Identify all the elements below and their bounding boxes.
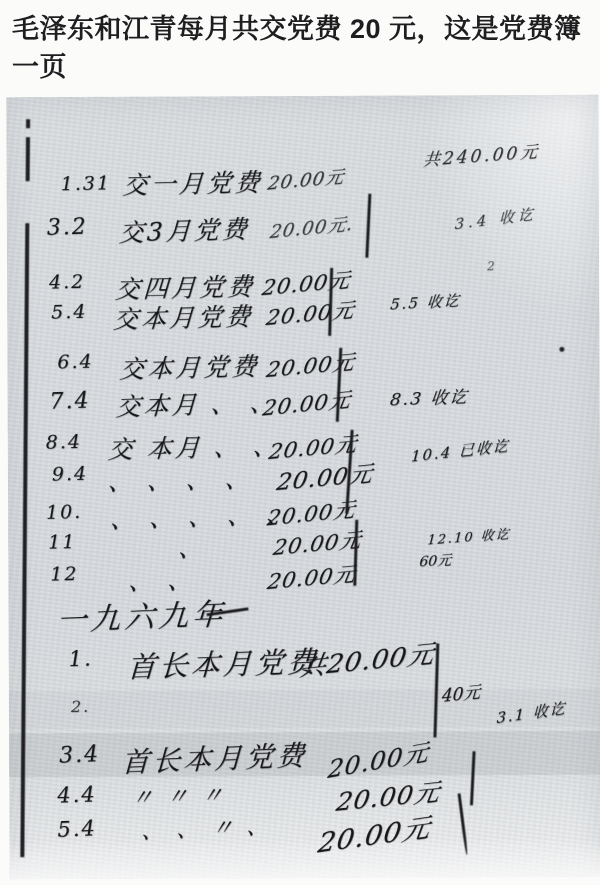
note-receipt-august: 8.3 收讫 bbox=[389, 383, 470, 411]
entry-date: 3.2 bbox=[46, 215, 88, 241]
entry-date: 1.31 bbox=[60, 172, 111, 195]
entry-desc: 首长本月党费 bbox=[121, 734, 308, 781]
entry-amount: 20.00元. bbox=[268, 210, 355, 244]
note-december-total: 60元 bbox=[419, 550, 452, 572]
note-jan-feb-total: 40元 bbox=[441, 677, 481, 707]
entry-amount: 20.00元 bbox=[265, 558, 358, 596]
entry-date: 6.4 bbox=[57, 351, 94, 374]
entry-desc: 、 、 、 、 bbox=[107, 459, 254, 498]
entry-amount: 20.00元 bbox=[266, 162, 347, 195]
entry-date: 8.4 bbox=[45, 431, 82, 454]
entry-date: 9.4 bbox=[52, 463, 89, 486]
photo-caption: 毛泽东和江青每月共交党费 20 元，这是党费簿一页 bbox=[12, 10, 590, 87]
entry-desc: 、 、 〃 、 bbox=[141, 809, 272, 845]
entry-date: 12 bbox=[50, 563, 79, 586]
entry-desc: 〃 〃 〃 bbox=[131, 778, 227, 812]
entry-date: 3.4 bbox=[59, 742, 101, 769]
entry-amount: 20.00元 bbox=[275, 455, 376, 497]
entry-date: 4.2 bbox=[49, 271, 86, 294]
entry-amount: 20.00元 bbox=[316, 805, 434, 860]
party-dues-ledger-photo: 1.31 交一月党费 20.00元 3.2 交3月党费 20.00元. 4.2 … bbox=[6, 95, 600, 880]
entry-date: 2. bbox=[71, 697, 90, 716]
entry-desc: 首长本月党费 bbox=[126, 640, 320, 687]
entry-date: 7.4 bbox=[49, 389, 91, 415]
year-header: 一九六九年 bbox=[55, 589, 228, 640]
note-receipt-may: 5.5 收讫 bbox=[389, 290, 461, 315]
entry-desc: 交本月党费 bbox=[112, 297, 254, 336]
entry-desc: 交本月党费 bbox=[119, 347, 261, 386]
entry-desc: 交3月党费 bbox=[118, 210, 250, 250]
entry-amount: 20.00元 bbox=[265, 346, 358, 384]
entry-amount: 20.00元 bbox=[264, 294, 357, 332]
entry-date: 10. bbox=[46, 501, 83, 524]
entry-date: 5.4 bbox=[51, 301, 88, 324]
entry-desc: 交一月党费 bbox=[122, 163, 264, 202]
ledger-row: 1. 首长本月党费 共20.00元 bbox=[8, 631, 600, 687]
entry-date: 4.4 bbox=[57, 782, 97, 807]
entry-date: 5.4 bbox=[57, 816, 97, 842]
entry-desc: 交本月 、 、 bbox=[115, 383, 278, 424]
note-stray-mark: 2 bbox=[487, 259, 495, 273]
margin-line-dot bbox=[26, 119, 30, 128]
entry-date: 1. bbox=[68, 646, 93, 671]
entry-date: 11 bbox=[48, 531, 77, 554]
ink-dot bbox=[559, 347, 564, 352]
